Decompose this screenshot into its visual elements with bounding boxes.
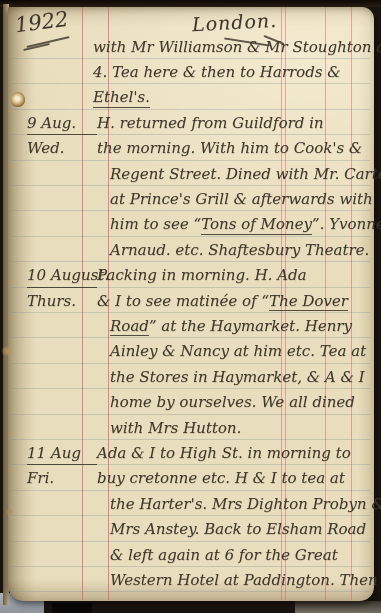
handwriting-segment: H. returned from Guildford in [97,114,324,132]
diary-line: 11 AugAda & I to High St. in morning to [27,443,351,467]
handwriting-segment: home by ourselves. We all dined [110,393,355,411]
handwriting-segment: Regent Street. Dined with Mr. Carter [110,165,381,183]
entry-date: 9 Aug. [27,113,97,136]
diary-line: home by ourselves. We all dined [27,392,355,416]
diary-line: him to see “Tons of Money”. Yvonne [27,214,381,238]
diary-photo: 1922 London. with Mr Williamson & Mr Sto… [0,0,381,613]
diary-line: at Prince's Grill & afterwards with [27,189,373,213]
diary-line: Road” at the Haymarket. Henry [27,316,352,340]
diary-line: Ainley & Nancy at him etc. Tea at [27,341,366,365]
diary-line: the Harter's. Mrs Dighton Probyn & [27,494,381,518]
handwriting-segment: at Prince's Grill & afterwards with [110,190,373,208]
handwriting-segment: Ainley & Nancy at him etc. Tea at [110,342,366,360]
handwriting-segment: the morning. With him to Cook's & [97,139,362,157]
handwriting-segment: Road [110,317,149,337]
handwriting-segment: The Dover [269,292,348,312]
handwriting-segment: ”. Yvonne [312,215,381,233]
entry-date: 10 August. [27,265,97,288]
entry-date: Thurs. [27,291,97,312]
diary-line: Thurs.& I to see matinée of “The Dover [27,291,348,315]
diary-line: & left again at 6 for the Great [27,545,338,569]
handwriting-segment: Western Hotel at Paddington. Then H & [110,571,381,589]
diary-line: the Stores in Haymarket, & A & I [27,367,365,391]
handwriting-segment: Tons of Money [201,215,312,235]
handwriting-segment: & I to see matinée of “ [97,292,269,310]
diary-line: Regent Street. Dined with Mr. Carter [27,164,381,188]
entry-date: 11 Aug [27,443,97,466]
diary-line: with Mrs Hutton. [27,418,241,442]
diary-line: 10 August.Packing in morning. H. Ada [27,265,307,289]
handwriting-segment: with Mr Williamson & Mr Stoughton at [93,38,381,56]
handwriting-segment: Arnaud. etc. Shaftesbury Theatre. [110,241,369,259]
diary-line: with Mr Williamson & Mr Stoughton at [27,37,381,61]
diary-line: Mrs Anstey. Back to Elsham Road [27,519,366,543]
handwriting-segment: the Harter's. Mrs Dighton Probyn & [110,495,381,513]
handwriting-segment: the Stores in Haymarket, & A & I [110,368,365,386]
handwriting-segment: 4. Tea here & then to Harrods & [93,63,341,81]
handwriting-segment: him to see “ [110,215,201,233]
diary-line: Ethel's. [27,87,150,111]
diary-line: Arnaud. etc. Shaftesbury Theatre. [27,240,369,264]
handwriting-segment: Ada & I to High St. in morning to [97,444,351,462]
diary-line: 4. Tea here & then to Harrods & [27,62,341,86]
diary-line: Wed.the morning. With him to Cook's & [27,138,362,162]
handwriting-segment: ” at the Haymarket. Henry [149,317,352,335]
diary-lines: with Mr Williamson & Mr Stoughton at4. T… [0,0,381,613]
entry-date: Fri. [27,468,97,489]
handwriting-segment: Ethel's. [93,88,150,108]
entry-date: Wed. [27,138,97,159]
diary-line: Fri.buy cretonne etc. H & I to tea at [27,468,345,492]
handwriting-segment: Packing in morning. H. Ada [97,266,307,284]
handwriting-segment: buy cretonne etc. H & I to tea at [97,469,345,487]
diary-line: Western Hotel at Paddington. Then H & [27,570,381,594]
handwriting-segment: & left again at 6 for the Great [110,546,338,564]
handwriting-segment: with Mrs Hutton. [110,419,241,437]
handwriting-segment: Mrs Anstey. Back to Elsham Road [110,520,366,538]
diary-line: 9 Aug.H. returned from Guildford in [27,113,324,137]
